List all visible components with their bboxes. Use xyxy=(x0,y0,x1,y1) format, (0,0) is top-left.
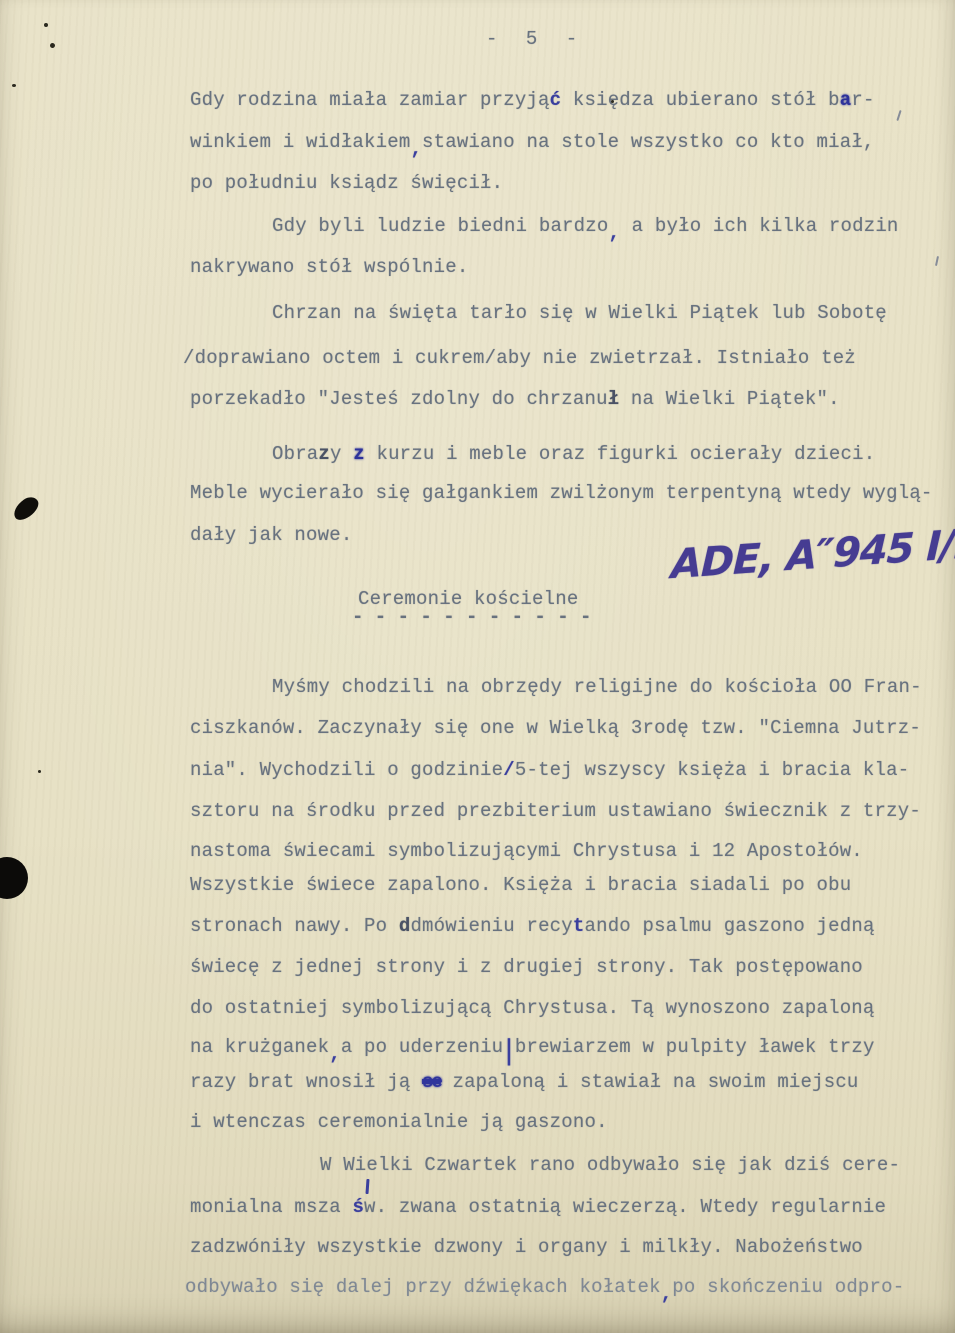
typed-segment: do ostatniej symbolizującą Chrystusa. Tą… xyxy=(190,997,875,1019)
correction-ink: ć xyxy=(550,89,562,111)
typed-segment: sztoru na środku przed prezbiterium usta… xyxy=(190,800,921,822)
paper-speck-mark xyxy=(12,84,16,87)
correction-ink-bar: | xyxy=(503,1035,515,1071)
section-heading-underline: - - - - - - - - - - - xyxy=(352,606,591,628)
typed-line: stronach nawy. Po ddmówieniu recytando p… xyxy=(190,915,875,939)
correction-ink-blob: z xyxy=(353,443,365,465)
typed-segment: Gdy rodzina miała zamiar przyją xyxy=(190,89,550,111)
typed-line: ciszkanów. Zaczynały się one w Wielką 3r… xyxy=(190,717,921,741)
page-number: - 5 - xyxy=(486,28,586,50)
paper-speck-mark xyxy=(38,770,41,773)
typed-segment: nakrywano stół wspólnie. xyxy=(190,256,468,278)
paper-tick-mark xyxy=(935,256,939,266)
typed-segment: winkiem i widłakiem xyxy=(190,131,410,153)
typed-line: nakrywano stół wspólnie. xyxy=(190,256,468,280)
punch-hole-mark xyxy=(0,857,28,899)
blue-ink-tick-mark xyxy=(365,1179,369,1194)
typed-segment: a po uderzeniu xyxy=(341,1036,503,1058)
typed-segment: po skończeniu odpro- xyxy=(672,1276,904,1298)
typed-segment: zadzwóniły wszystkie dzwony i organy i m… xyxy=(190,1236,863,1258)
typed-line: nia". Wychodzili o godzinie/5-tej wszysc… xyxy=(190,759,909,783)
correction-dark: d xyxy=(399,915,411,937)
typed-segment: ciszkanów. Zaczynały się one w Wielką 3r… xyxy=(190,717,921,739)
typed-segment: 5-tej wszyscy księża i bracia kla- xyxy=(515,759,909,781)
typed-segment: Meble wycierało się gałgankiem zwilżonym… xyxy=(190,482,933,504)
paper-speck-mark xyxy=(611,100,614,103)
typed-segment: porzekadło "Jesteś zdolny do chrzanu xyxy=(190,388,608,410)
typed-line: Chrzan na święta tarło się w Wielki Piąt… xyxy=(272,302,887,326)
typed-segment: razy brat wnosił ją xyxy=(190,1071,422,1093)
typed-line: winkiem i widłakiem,stawiano na stole ws… xyxy=(190,131,875,155)
typed-line: razy brat wnosił ją se zapaloną i stawia… xyxy=(190,1071,859,1095)
typed-segment: r- xyxy=(851,89,874,111)
typed-segment: a było ich kilka rodzin xyxy=(620,215,898,237)
typed-line: W Wielki Czwartek rano odbywało się jak … xyxy=(320,1154,900,1178)
scanned-typewritten-page: - 5 - Ceremonie kościelne - - - - - - - … xyxy=(0,0,955,1333)
typed-line: sztoru na środku przed prezbiterium usta… xyxy=(190,800,921,824)
correction-ink-strike: se xyxy=(422,1071,441,1093)
typed-segment: na Wielki Piątek". xyxy=(619,388,839,410)
typed-line: po południu ksiądz święcił. xyxy=(190,172,503,196)
typed-segment: stronach nawy. Po xyxy=(190,915,399,937)
typed-line: nastoma świecami symbolizującymi Chrystu… xyxy=(190,840,863,864)
typed-segment: w. zwana ostatnią wieczerzą. Wtedy regul… xyxy=(364,1196,886,1218)
paper-tick-mark xyxy=(896,110,901,121)
typed-line: zadzwóniły wszystkie dzwony i organy i m… xyxy=(190,1236,863,1260)
correction-ink-blob: a xyxy=(840,89,852,111)
typed-line: dały jak nowe. xyxy=(190,524,352,548)
typed-segment: nastoma świecami symbolizującymi Chrystu… xyxy=(190,840,863,862)
handwritten-archive-annotation: ADE, A″945 I∕L xyxy=(670,521,955,588)
typed-line: Meble wycierało się gałgankiem zwilżonym… xyxy=(190,482,933,506)
typed-segment: księdza ubierano stół b xyxy=(561,89,839,111)
typed-segment: Wszystkie świece zapalono. Księża i brac… xyxy=(190,874,851,896)
typed-segment: W Wielki Czwartek rano odbywało się jak … xyxy=(320,1154,900,1176)
typed-line: Gdy byli ludzie biedni bardzo, a było ic… xyxy=(272,215,899,239)
typed-segment: Myśmy chodzili na obrzędy religijne do k… xyxy=(272,676,922,698)
typed-line: Obrazy z kurzu i meble oraz figurki ocie… xyxy=(272,443,875,467)
typed-segment: dały jak nowe. xyxy=(190,524,352,546)
typed-segment: i wtenczas ceremonialnie ją gaszono. xyxy=(190,1111,608,1133)
typed-line: Gdy rodzina miała zamiar przyjąć księdza… xyxy=(190,89,875,113)
correction-dark: z xyxy=(318,443,330,465)
correction-ink: / xyxy=(503,759,515,781)
typed-line: i wtenczas ceremonialnie ją gaszono. xyxy=(190,1111,608,1135)
correction-ink-comma: , xyxy=(661,1283,673,1307)
typed-line: porzekadło "Jesteś zdolny do chrzanuł na… xyxy=(190,388,840,412)
correction-ink: ś xyxy=(352,1196,364,1218)
correction-ink-comma: , xyxy=(329,1043,341,1067)
typed-segment: kurzu i meble oraz figurki ocierały dzie… xyxy=(365,443,875,465)
typed-segment: monialna msza xyxy=(190,1196,352,1218)
correction-ink: t xyxy=(573,915,585,937)
typed-segment: ando psalmu gaszono jedną xyxy=(585,915,875,937)
typed-segment: dmówieniu recy xyxy=(410,915,572,937)
typed-line: na krużganek,a po uderzeniu|brewiarzem w… xyxy=(190,1036,875,1060)
correction-ink-comma: , xyxy=(608,222,620,246)
typed-line: Wszystkie świece zapalono. Księża i brac… xyxy=(190,874,851,898)
typed-line: świecę z jednej strony i z drugiej stron… xyxy=(190,956,863,980)
typed-segment: Obra xyxy=(272,443,318,465)
typed-line: odbywało się dalej przy dźwiękach kołate… xyxy=(185,1276,904,1300)
typed-segment: po południu ksiądz święcił. xyxy=(190,172,503,194)
typed-segment: nia". Wychodzili o godzinie xyxy=(190,759,503,781)
typed-segment: brewiarzem w pulpity ławek trzy xyxy=(515,1036,875,1058)
typed-segment: Chrzan na święta tarło się w Wielki Piąt… xyxy=(272,302,887,324)
typed-segment: Gdy byli ludzie biedni bardzo xyxy=(272,215,608,237)
typed-segment: /doprawiano octem i cukrem/aby nie zwiet… xyxy=(183,347,856,369)
typed-segment: zapaloną i stawiał na swoim miejscu xyxy=(441,1071,859,1093)
correction-dark: ł xyxy=(608,388,620,410)
correction-ink-comma: , xyxy=(410,138,422,162)
typed-line: /doprawiano octem i cukrem/aby nie zwiet… xyxy=(183,347,856,371)
typed-segment: na krużganek xyxy=(190,1036,329,1058)
typed-segment: odbywało się dalej przy dźwiękach kołate… xyxy=(185,1276,661,1298)
typed-line: do ostatniej symbolizującą Chrystusa. Tą… xyxy=(190,997,875,1021)
typed-line: Myśmy chodzili na obrzędy religijne do k… xyxy=(272,676,922,700)
paper-blob-mark xyxy=(10,494,43,524)
typed-segment: świecę z jednej strony i z drugiej stron… xyxy=(190,956,863,978)
paper-speck-mark xyxy=(49,42,55,48)
paper-speck-mark xyxy=(44,23,48,27)
typed-line: monialna msza św. zwana ostatnią wieczer… xyxy=(190,1196,886,1220)
typed-segment: stawiano na stole wszystko co kto miał, xyxy=(422,131,874,153)
typed-segment: y xyxy=(330,443,353,465)
